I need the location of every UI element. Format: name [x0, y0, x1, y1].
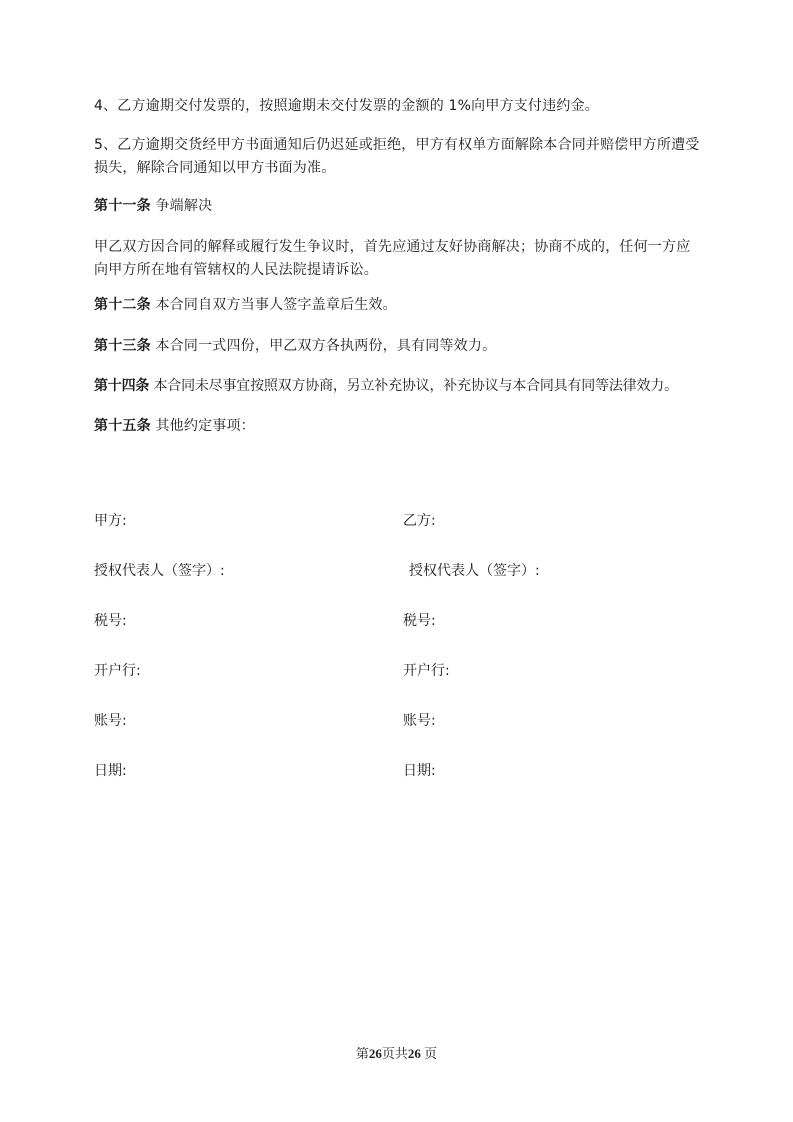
article-13-title: 第十三条	[94, 338, 151, 354]
party-b-tax-id-label: 税号:	[403, 611, 436, 631]
footer-prefix: 第	[356, 1046, 369, 1061]
party-a-tax-id-label: 税号:	[94, 611, 127, 631]
party-a-account-label: 账号:	[94, 711, 127, 731]
current-page-number: 26	[369, 1046, 382, 1061]
clause-item-4: 4、乙方逾期交付发票的，按照逾期未交付发票的金额的 1%向甲方支付违约金。	[94, 95, 700, 118]
party-a-label: 甲方:	[94, 511, 127, 531]
page-number-footer: 第26页共26 页	[0, 1043, 793, 1062]
party-b-bank-label: 开户行:	[403, 661, 450, 681]
article-11-heading: 第十一条 争端解决	[94, 195, 700, 218]
article-15-title: 第十五条	[94, 418, 151, 434]
party-b-representative-label: 授权代表人（签字）:	[409, 561, 540, 581]
article-14: 第十四条 本合同未尽事宜按照双方协商，另立补充协议，补充协议与本合同具有同等法律…	[94, 375, 714, 398]
article-15: 第十五条 其他约定事项：	[94, 415, 700, 438]
total-page-number: 26	[408, 1046, 421, 1061]
article-14-title: 第十四条	[94, 378, 149, 394]
article-12-text: 本合同自双方当事人签字盖章后生效。	[155, 297, 396, 313]
article-15-text: 其他约定事项：	[155, 418, 254, 434]
article-11-text: 争端解决	[155, 198, 212, 214]
article-13-text: 本合同一式四份，甲乙双方各执两份，具有同等效力。	[155, 338, 496, 354]
article-11-body: 甲乙双方因合同的解释或履行发生争议时，首先应通过友好协商解决；协商不成的，任何一…	[94, 236, 700, 282]
footer-middle: 页共	[382, 1046, 408, 1061]
footer-suffix: 页	[421, 1046, 437, 1061]
party-a-date-label: 日期:	[94, 761, 127, 781]
party-b-label: 乙方:	[403, 511, 436, 531]
party-b-date-label: 日期:	[403, 761, 436, 781]
article-12-title: 第十二条	[94, 297, 151, 313]
document-page: 4、乙方逾期交付发票的，按照逾期未交付发票的金额的 1%向甲方支付违约金。 5、…	[0, 0, 793, 1122]
party-a-representative-label: 授权代表人（签字）:	[94, 561, 225, 581]
party-b-account-label: 账号:	[403, 711, 436, 731]
article-12: 第十二条 本合同自双方当事人签字盖章后生效。	[94, 294, 700, 317]
article-14-text: 本合同未尽事宜按照双方协商，另立补充协议，补充协议与本合同具有同等法律效力。	[153, 378, 677, 394]
party-a-bank-label: 开户行:	[94, 661, 141, 681]
article-11-title: 第十一条	[94, 198, 151, 214]
clause-item-5: 5、乙方逾期交货经甲方书面通知后仍迟延或拒绝，甲方有权单方面解除本合同并赔偿甲方…	[94, 134, 700, 180]
article-13: 第十三条 本合同一式四份，甲乙双方各执两份，具有同等效力。	[94, 335, 700, 358]
